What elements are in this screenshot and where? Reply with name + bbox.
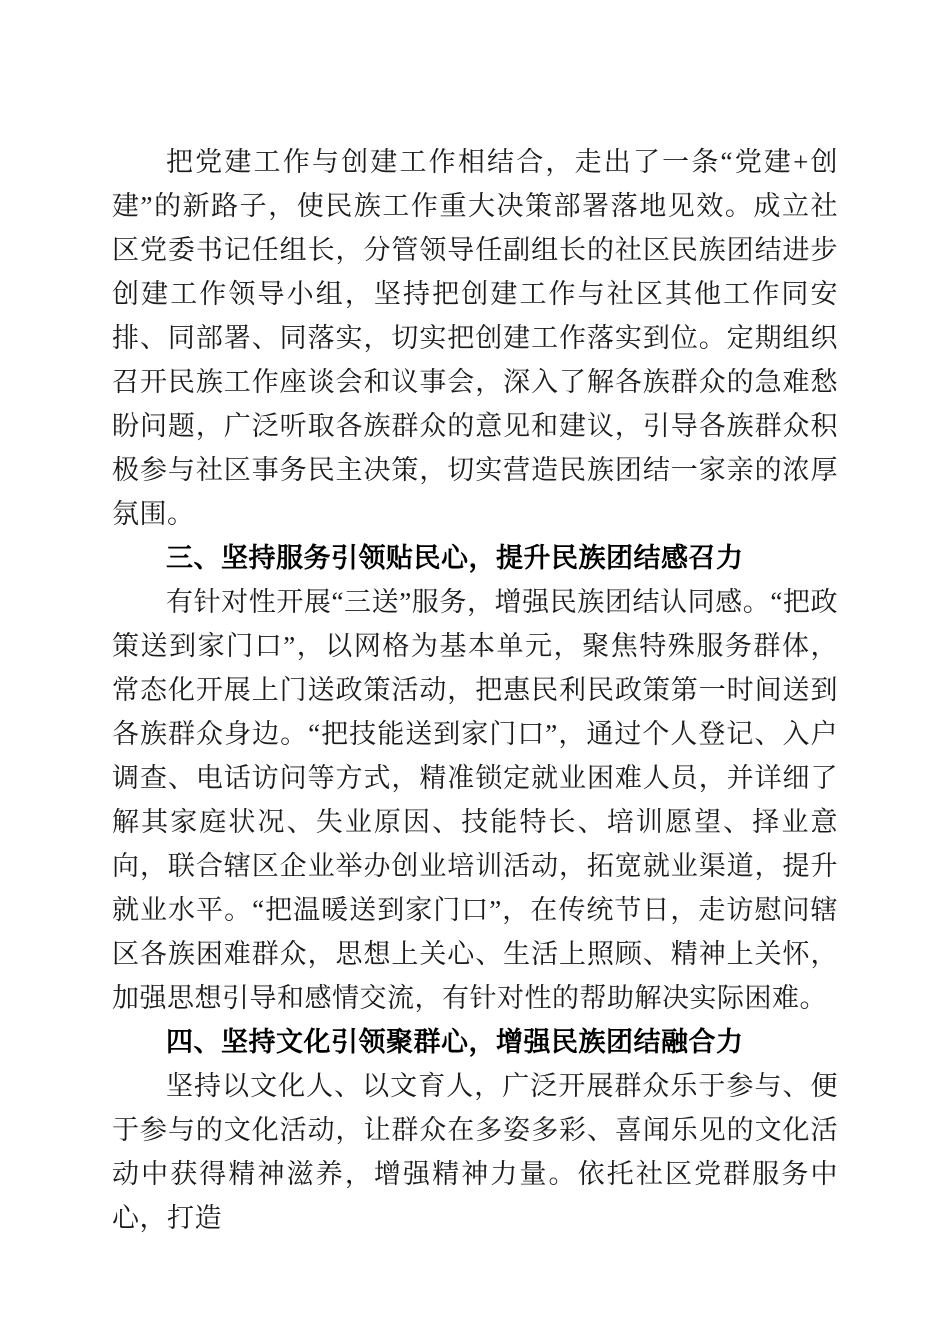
document-content: 把党建工作与创建工作相结合，走出了一条“党建+创建”的新路子，使民族工作重大决策…: [112, 140, 838, 1240]
body-paragraph-cultural-activities: 坚持以文化人、以文育人，广泛开展群众乐于参与、便于参与的文化活动，让群众在多姿多…: [112, 1064, 838, 1240]
document-page: 把党建工作与创建工作相结合，走出了一条“党建+创建”的新路子，使民族工作重大决策…: [0, 0, 950, 1344]
body-paragraph-party-building: 把党建工作与创建工作相结合，走出了一条“党建+创建”的新路子，使民族工作重大决策…: [112, 140, 838, 536]
section-heading-three-service-leadership: 三、坚持服务引领贴民心，提升民族团结感召力: [112, 536, 838, 580]
section-heading-four-culture-leadership: 四、坚持文化引领聚群心，增强民族团结融合力: [112, 1020, 838, 1064]
body-paragraph-three-deliveries-service: 有针对性开展“三送”服务，增强民族团结认同感。“把政策送到家门口”，以网格为基本…: [112, 580, 838, 1020]
